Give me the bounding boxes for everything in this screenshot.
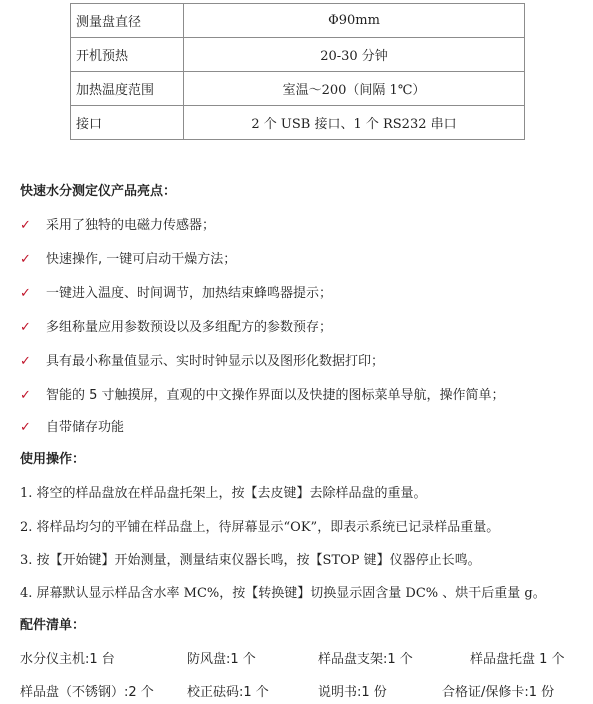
spec-value: 2 个 USB 接口、1 个 RS232 串口 — [184, 106, 525, 140]
highlight-item: ✓快速操作, 一键可启动干燥方法； — [20, 248, 236, 267]
operation-title: 使用操作： — [20, 448, 85, 467]
highlight-text: 采用了独特的电磁力传感器； — [46, 218, 215, 233]
operation-step: 1. 将空的样品盘放在样品盘托架上，按【去皮键】去除样品盘的重量。 — [20, 482, 427, 501]
highlight-item: ✓采用了独特的电磁力传感器； — [20, 214, 215, 233]
operation-step: 2. 将样品均匀的平铺在样品盘上，待屏幕显示“OK”，即表示系统已记录样品重量。 — [20, 516, 499, 535]
table-row: 接口 2 个 USB 接口、1 个 RS232 串口 — [71, 106, 525, 140]
spec-value: Φ90mm — [184, 4, 525, 38]
spec-table: 测量盘直径 Φ90mm 开机预热 20-30 分钟 加热温度范围 室温～200（… — [70, 3, 525, 140]
highlight-item: ✓多组称量应用参数预设以及多组配方的参数预存； — [20, 316, 332, 335]
highlight-text: 一键进入温度、时间调节，加热结束蜂鸣器提示； — [46, 286, 332, 301]
accessory-item: 样品盘（不锈钢）:2 个 — [20, 681, 154, 700]
highlight-item: ✓一键进入温度、时间调节，加热结束蜂鸣器提示； — [20, 282, 332, 301]
spec-value: 20-30 分钟 — [184, 38, 525, 72]
check-icon: ✓ — [20, 388, 46, 403]
check-icon: ✓ — [20, 286, 46, 301]
highlight-text: 具有最小称量值显示、实时时钟显示以及图形化数据打印； — [46, 354, 384, 369]
accessory-item: 防风盘:1 个 — [187, 648, 256, 667]
highlight-item: ✓具有最小称量值显示、实时时钟显示以及图形化数据打印； — [20, 350, 384, 369]
highlight-text: 多组称量应用参数预设以及多组配方的参数预存； — [46, 320, 332, 335]
highlight-text: 自带储存功能 — [46, 420, 124, 435]
accessory-item: 合格证/保修卡:1 份 — [442, 681, 554, 700]
operation-step: 3. 按【开始键】开始测量，测量结束仪器长鸣，按【STOP 键】仪器停止长鸣。 — [20, 549, 481, 568]
check-icon: ✓ — [20, 218, 46, 233]
spec-label: 测量盘直径 — [71, 4, 184, 38]
check-icon: ✓ — [20, 420, 46, 435]
accessory-item: 说明书:1 份 — [318, 681, 387, 700]
accessory-item: 校正砝码:1 个 — [187, 681, 269, 700]
accessory-item: 样品盘托盘 1 个 — [470, 648, 565, 667]
accessories-title: 配件清单： — [20, 614, 85, 633]
spec-label: 加热温度范围 — [71, 72, 184, 106]
highlights-title: 快速水分测定仪产品亮点： — [20, 180, 176, 199]
highlight-item: ✓智能的 5 寸触摸屏，直观的中文操作界面以及快捷的图标菜单导航，操作简单； — [20, 384, 505, 403]
check-icon: ✓ — [20, 252, 46, 267]
check-icon: ✓ — [20, 320, 46, 335]
highlight-item: ✓自带储存功能 — [20, 416, 124, 435]
accessory-item: 水分仪主机:1 台 — [20, 648, 115, 667]
accessory-item: 样品盘支架:1 个 — [318, 648, 413, 667]
spec-label: 接口 — [71, 106, 184, 140]
operation-step: 4. 屏幕默认显示样品含水率 MC%，按【转换键】切换显示固含量 DC% 、烘干… — [20, 582, 546, 601]
table-row: 加热温度范围 室温～200（间隔 1℃） — [71, 72, 525, 106]
spec-label: 开机预热 — [71, 38, 184, 72]
check-icon: ✓ — [20, 354, 46, 369]
highlight-text: 智能的 5 寸触摸屏，直观的中文操作界面以及快捷的图标菜单导航，操作简单； — [46, 388, 505, 403]
highlight-text: 快速操作, 一键可启动干燥方法； — [46, 252, 236, 267]
table-row: 测量盘直径 Φ90mm — [71, 4, 525, 38]
spec-value: 室温～200（间隔 1℃） — [184, 72, 525, 106]
table-row: 开机预热 20-30 分钟 — [71, 38, 525, 72]
